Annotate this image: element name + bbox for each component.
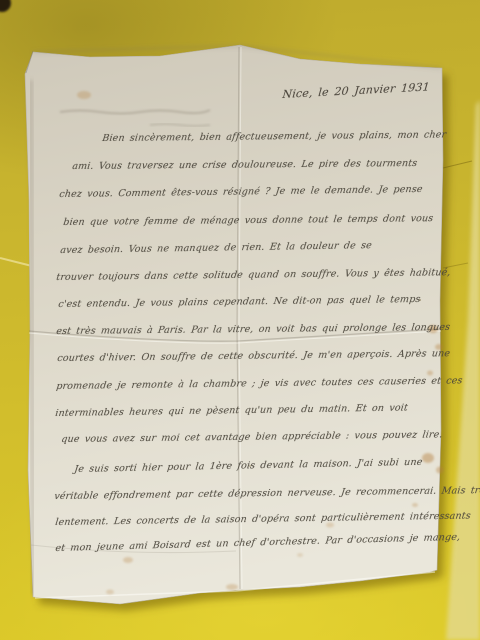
letter-line: trouver toujours dans cette solitude qua… bbox=[56, 267, 452, 283]
letter-line: chez vous. Comment êtes-vous résigné ? J… bbox=[59, 184, 424, 200]
letter-line: Bien sincèrement, bien affectueusement, … bbox=[102, 129, 447, 144]
letter-line: c'est entendu. Je vous plains cependant.… bbox=[58, 294, 422, 310]
letter-line: que vous avez sur moi cet avantage bien … bbox=[61, 429, 444, 445]
letter-body: Bien sincèrement, bien affectueusement, … bbox=[0, 0, 480, 640]
photo-background: Nice, le 20 Janvier 1931 Bien sincèremen… bbox=[0, 0, 480, 640]
letter-line: est très mauvais à Paris. Par la vitre, … bbox=[56, 322, 451, 337]
letter-line: interminables heures qui ne pèsent qu'un… bbox=[55, 402, 409, 419]
letter-line: bien que votre femme de ménage vous donn… bbox=[63, 213, 434, 228]
letter-line: Je suis sorti hier pour la 1ère fois dev… bbox=[74, 457, 423, 475]
letter-line: promenade je remonte à la chambre ; je v… bbox=[56, 375, 464, 392]
letter-line: courtes d'hiver. On souffre de cette obs… bbox=[57, 348, 451, 364]
letter-line: ami. Vous traversez une crise douloureus… bbox=[72, 158, 418, 172]
letter-line: véritable effondrement par cette dépress… bbox=[54, 485, 480, 502]
letter-line: lentement. Les concerts de la saison d'o… bbox=[55, 510, 472, 528]
letter-line: et mon jeune ami Boisard est un chef d'o… bbox=[55, 532, 461, 554]
letter-line: avez besoin. Vous ne manquez de rien. Et… bbox=[60, 240, 373, 256]
